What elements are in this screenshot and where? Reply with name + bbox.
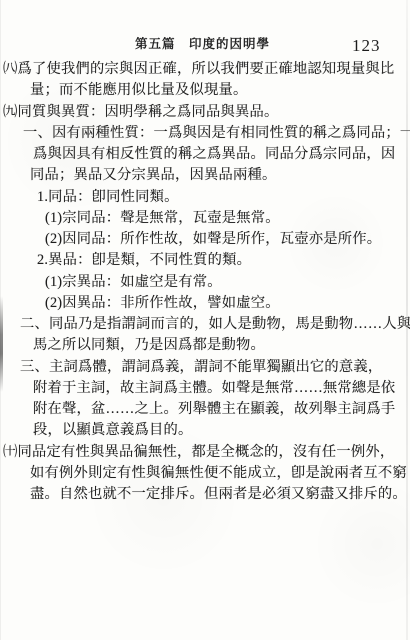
text-line: (2)因異品：非所作性故，譬如虛空。 xyxy=(3,293,407,314)
text-line: 盡。自然也就不一定排斥。但兩者是必須又窮盡又排斥的。 xyxy=(3,484,407,505)
page-header: 第五篇 印度的因明學 123 xyxy=(0,32,410,58)
text-line: 附着于主詞，故主詞爲主體。如聲是無常……無常總是依 xyxy=(3,378,407,399)
text-line: 1.同品：卽同性同類。 xyxy=(3,187,407,208)
text-line: 三、主詞爲體，謂詞爲義，謂詞不能單獨顯出它的意義， xyxy=(3,357,407,378)
text-line: 如有例外則定有性與徧無性便不能成立，卽是說兩者互不窮 xyxy=(3,463,407,484)
text-line: 馬之所以同類，乃是因爲都是動物。 xyxy=(3,335,407,356)
chapter-title: 第五篇 印度的因明學 xyxy=(135,34,270,52)
scanned-book-page: 第五篇 印度的因明學 123 ㈧爲了使我們的宗與因正確，所以我們要正確地認知現量… xyxy=(0,0,410,640)
text-line: 量；而不能應用似比量及似現量。 xyxy=(3,80,407,101)
scan-smudge-artifact xyxy=(0,296,3,392)
text-line: (1)宗同品：聲是無常，瓦壺是無常。 xyxy=(3,208,407,229)
text-line: 一、因有兩種性質：一爲與因是有相同性質的稱之爲同品；一 xyxy=(3,123,407,144)
text-line: 同品；異品又分宗異品，因異品兩種。 xyxy=(3,165,407,186)
text-line: 2.異品：卽是類，不同性質的類。 xyxy=(3,250,407,271)
text-line: ㈨同質與異質：因明學稱之爲同品與異品。 xyxy=(3,102,407,123)
text-line: 爲與因具有相反性質的稱之爲異品。同品分爲宗同品，因 xyxy=(3,144,407,165)
text-line: 二、同品乃是指謂詞而言的，如人是動物，馬是動物……人與 xyxy=(3,314,407,335)
text-line: 段，以顯眞意義爲目的。 xyxy=(3,420,407,441)
page-number: 123 xyxy=(352,36,381,56)
body-text: ㈧爲了使我們的宗與因正確，所以我們要正確地認知現量與比 量；而不能應用似比量及似… xyxy=(3,59,407,505)
text-line: ㈩同品定有性與異品徧無性，都是全概念的，沒有任一例外， xyxy=(3,442,407,463)
text-line: (2)因同品：所作性故，如聲是所作，瓦壺亦是所作。 xyxy=(3,229,407,250)
scan-edge-artifact xyxy=(406,0,408,640)
text-line: ㈧爲了使我們的宗與因正確，所以我們要正確地認知現量與比 xyxy=(3,59,407,80)
text-line: (1)宗異品：如虛空是有常。 xyxy=(3,272,407,293)
text-line: 附在聲，盆……之上。列舉體主在顯義，故列舉主詞爲手 xyxy=(3,399,407,420)
